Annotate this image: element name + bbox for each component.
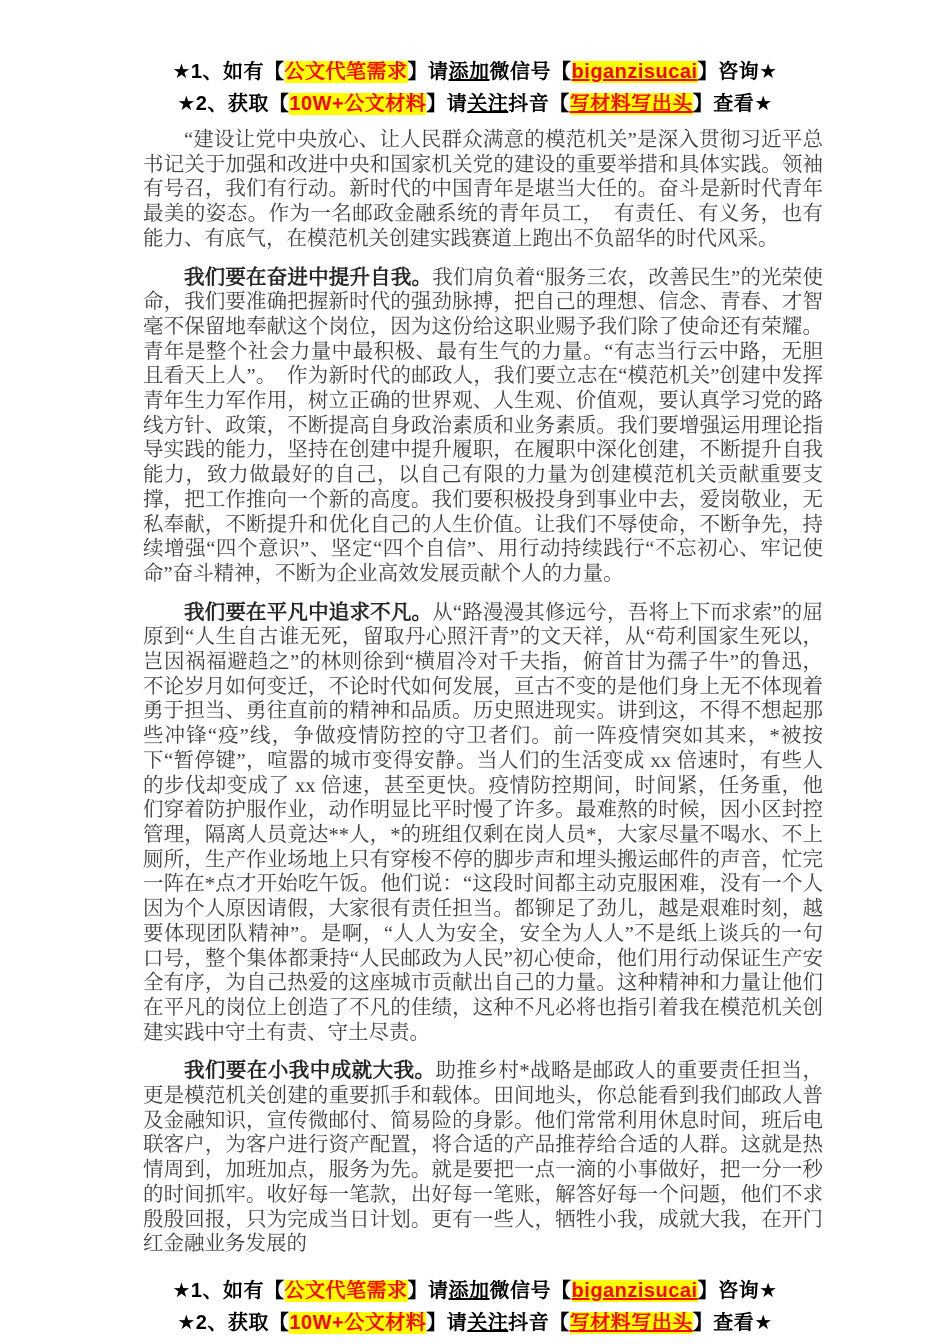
promo-text: 】查看★ (693, 93, 773, 115)
promo-wechat-id: biganzisucai (572, 61, 698, 83)
paragraph-intro: “建设让党中央放心、让人民群众满意的模范机关”是深入贯彻习近平总书记关于加强和改… (143, 128, 823, 252)
promo-text: 】查看★ (693, 1312, 773, 1334)
promo-highlight-material: 10W+公文材料 (289, 1312, 426, 1334)
promo-header-line-1: ★1、如有【公文代笔需求】请添加微信号【biganzisucai】咨询★ (0, 56, 950, 88)
promo-text: 抖音【 (508, 1312, 570, 1334)
promo-header-line-2: ★2、获取【10W+公文材料】请关注抖音【写材料写出头】查看★ (0, 88, 950, 120)
promo-highlight-material: 10W+公文材料 (289, 93, 426, 115)
promo-underline-follow: 关注 (467, 93, 508, 115)
promo-underline-add: 添加 (449, 1280, 490, 1302)
promo-text: ★2、获取【 (177, 93, 289, 115)
promo-text: 】咨询★ (698, 61, 778, 83)
promo-douyin-id: 写材料写出头 (570, 93, 693, 115)
paragraph-self-improvement: 我们要在奋进中提升自我。我们肩负着“服务三农，改善民生”的光荣使命，我们要准确把… (143, 266, 823, 587)
promo-wechat-id: biganzisucai (572, 1280, 698, 1302)
promo-text: 】请 (408, 1280, 449, 1302)
paragraph-text: “建设让党中央放心、让人民群众满意的模范机关”是深入贯彻习近平总书记关于加强和改… (143, 129, 823, 250)
paragraph-lead: 我们要在平凡中追求不凡。 (184, 601, 432, 624)
promo-text: 微信号【 (490, 1280, 572, 1302)
promo-text: 】咨询★ (698, 1280, 778, 1302)
promo-footer-line-2: ★2、获取【10W+公文材料】请关注抖音【写材料写出头】查看★ (0, 1307, 950, 1339)
paragraph-text: 从“路漫漫其修远兮，吾将上下而求索”的屈原到“人生自古谁无死，留取丹心照汗青”的… (143, 602, 823, 1044)
promo-header: ★1、如有【公文代笔需求】请添加微信号【biganzisucai】咨询★ ★2、… (0, 56, 950, 120)
paragraph-text: 助推乡村*战略是邮政人的重要责任担当，更是模范机关创建的重要抓手和载体。田间地头… (143, 1060, 823, 1255)
promo-underline-add: 添加 (449, 61, 490, 83)
promo-text: 抖音【 (508, 93, 570, 115)
promo-text: ★1、如有【 (172, 1280, 284, 1302)
paragraph-text: 我们肩负着“服务三农，改善民生”的光荣使命，我们要准确把握新时代的强劲脉搏，把自… (143, 267, 823, 585)
paragraph-extraordinary: 我们要在平凡中追求不凡。从“路漫漫其修远兮，吾将上下而求索”的屈原到“人生自古谁… (143, 601, 823, 1046)
promo-text: 】请 (408, 61, 449, 83)
document-body: “建设让党中央放心、让人民群众满意的模范机关”是深入贯彻习近平总书记关于加强和改… (143, 128, 823, 1257)
paragraph-greater-self: 我们要在小我中成就大我。助推乡村*战略是邮政人的重要责任担当，更是模范机关创建的… (143, 1059, 823, 1257)
paragraph-lead: 我们要在小我中成就大我。 (184, 1059, 436, 1082)
promo-text: 微信号【 (490, 61, 572, 83)
promo-text: ★2、获取【 (177, 1312, 289, 1334)
promo-text: ★1、如有【 (172, 61, 284, 83)
promo-footer-line-1: ★1、如有【公文代笔需求】请添加微信号【biganzisucai】咨询★ (0, 1275, 950, 1307)
promo-douyin-id: 写材料写出头 (570, 1312, 693, 1334)
promo-highlight-service: 公文代笔需求 (285, 1280, 408, 1302)
promo-highlight-service: 公文代笔需求 (285, 61, 408, 83)
promo-text: 】请 (426, 1312, 467, 1334)
promo-text: 】请 (426, 93, 467, 115)
promo-footer: ★1、如有【公文代笔需求】请添加微信号【biganzisucai】咨询★ ★2、… (0, 1275, 950, 1339)
document-page: ★1、如有【公文代笔需求】请添加微信号【biganzisucai】咨询★ ★2、… (0, 0, 950, 1344)
promo-underline-follow: 关注 (467, 1312, 508, 1334)
paragraph-lead: 我们要在奋进中提升自我。 (184, 266, 432, 289)
